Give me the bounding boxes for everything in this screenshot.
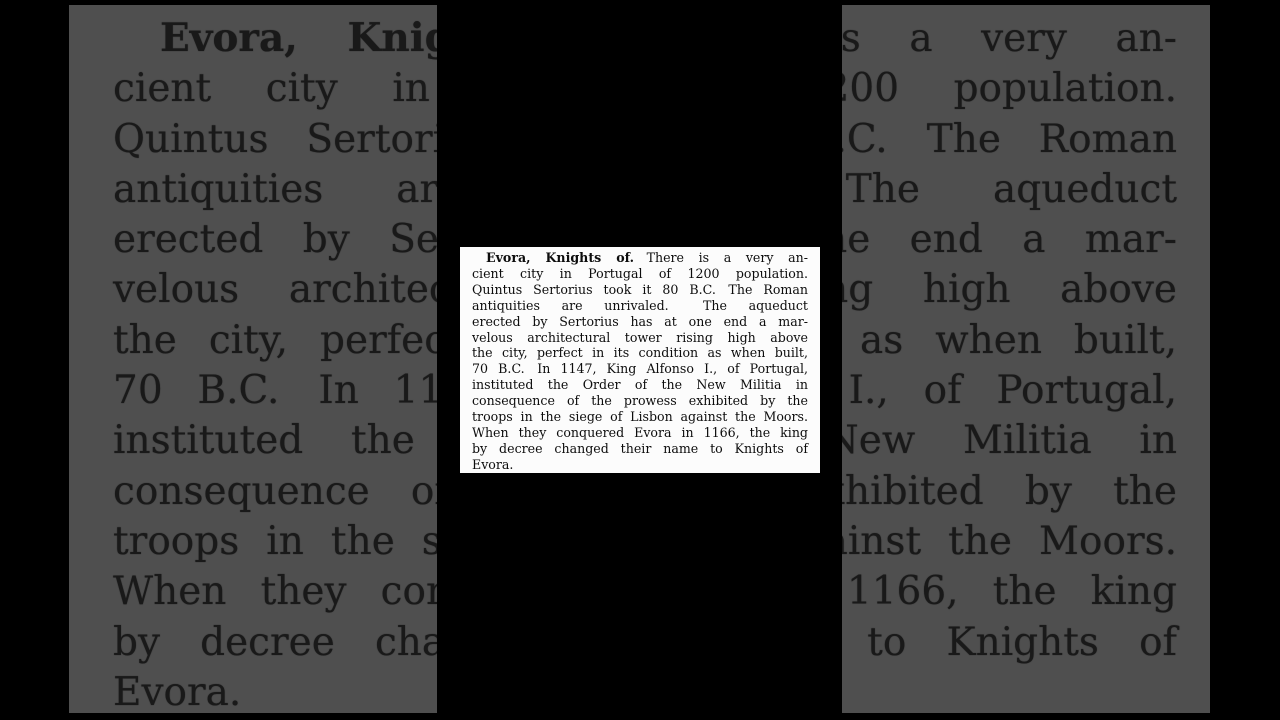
- entry-title: Evora, Knights of.: [486, 250, 634, 265]
- text-line-3: Quintus Sertorius took it 80 B.C. The Ro…: [472, 282, 808, 298]
- article-card: Evora, Knights of. There is a very an-ci…: [460, 247, 820, 473]
- text-line-1: Evora, Knights of. There is a very an-: [472, 250, 808, 266]
- text-line-13: by decree changed their name to Knights …: [472, 441, 808, 457]
- text-line-4: antiquities are unrivaled. The aqueduct: [472, 298, 808, 314]
- text-line-6: velous architectural tower rising high a…: [472, 330, 808, 346]
- video-frame: Evora, Knights of. There is a very an-ci…: [0, 0, 1280, 720]
- text-line-5: erected by Sertorius has at one end a ma…: [472, 314, 808, 330]
- text-line-10: consequence of the prowess exhibited by …: [472, 393, 808, 409]
- text-line-2: cient city in Portugal of 1200 populatio…: [472, 266, 808, 282]
- text-line-7: the city, perfect in its condition as wh…: [472, 345, 808, 361]
- text-line-14: Evora.: [472, 457, 808, 473]
- right-letterbox-bar: [1210, 0, 1280, 720]
- text-line-12: When they conquered Evora in 1166, the k…: [472, 425, 808, 441]
- text-line-9: instituted the Order of the New Militia …: [472, 377, 808, 393]
- text-line-8: 70 B.C. In 1147, King Alfonso I., of Por…: [472, 361, 808, 377]
- text-line-11: troops in the siege of Lisbon against th…: [472, 409, 808, 425]
- left-letterbox-bar: [0, 0, 69, 720]
